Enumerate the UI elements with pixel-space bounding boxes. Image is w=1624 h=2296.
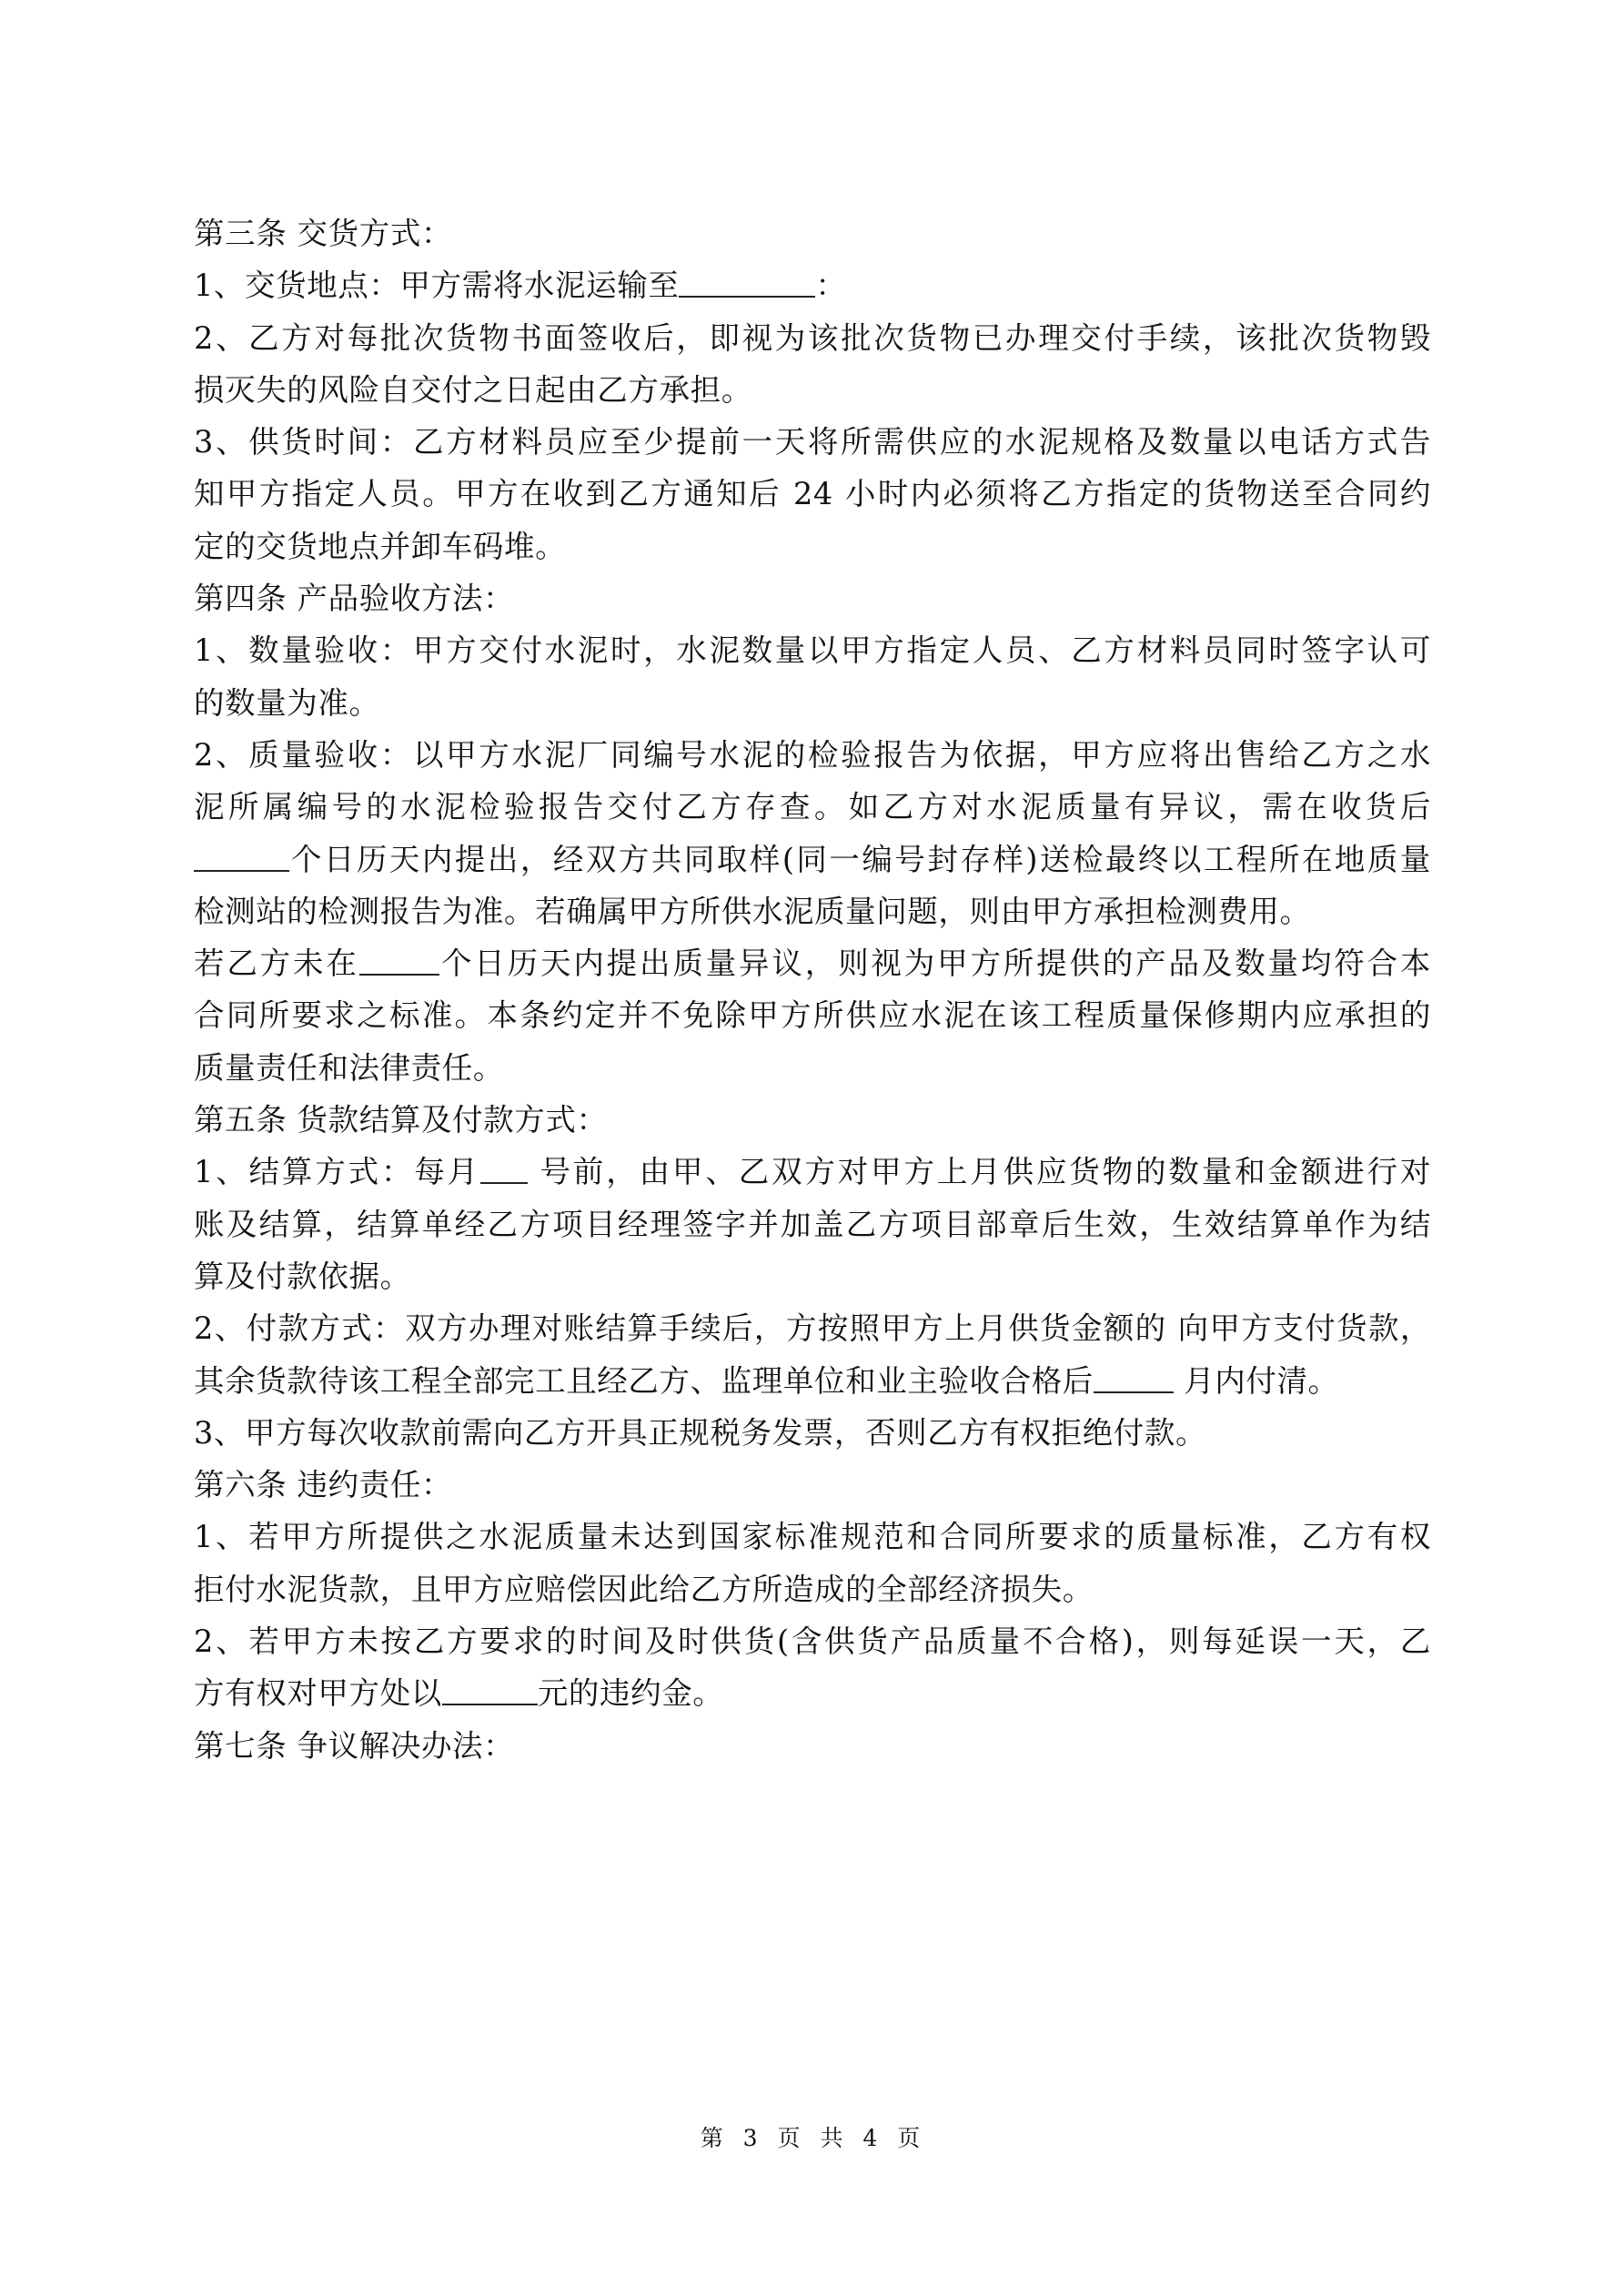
paragraph-line: 损灭失的风险自交付之日起由乙方承担。 [194, 364, 1431, 416]
paragraph-line: 泥所属编号的水泥检验报告交付乙方存查。如乙方对水泥质量有异议，需在收货后 [194, 781, 1431, 833]
paragraph-line: 检测站的检测报告为准。若确属甲方所供水泥质量问题，则由甲方承担检测费用。 [194, 885, 1431, 937]
fill-in-blank[interactable] [1094, 1364, 1174, 1393]
paragraph-line: 其余货款待该工程全部完工且经乙方、监理单位和业主验收合格后 月内付清。 [194, 1355, 1431, 1407]
fill-in-blank[interactable] [194, 843, 289, 872]
paragraph-line: 合同所要求之标准。本条约定并不免除甲方所供应水泥在该工程质量保修期内应承担的 [194, 989, 1431, 1041]
fill-in-blank[interactable] [359, 946, 439, 976]
section-heading: 第六条 违约责任： [194, 1459, 1431, 1511]
paragraph-line: 方有权对甲方处以元的违约金。 [194, 1667, 1431, 1719]
paragraph-line: 拒付水泥货款，且甲方应赔偿因此给乙方所造成的全部经济损失。 [194, 1563, 1431, 1615]
paragraph-line: 3、甲方每次收款前需向乙方开具正规税务发票，否则乙方有权拒绝付款。 [194, 1407, 1431, 1459]
paragraph-line: 1、结算方式：每月 号前，由甲、乙双方对甲方上月供应货物的数量和金额进行对 [194, 1146, 1431, 1198]
paragraph-line: 3、供货时间：乙方材料员应至少提前一天将所需供应的水泥规格及数量以电话方式告 [194, 416, 1431, 468]
line-text-before-blank: 若乙方未在 [194, 946, 359, 981]
fill-in-blank[interactable] [480, 1155, 528, 1184]
paragraph-line: 知甲方指定人员。甲方在收到乙方通知后 24 小时内必须将乙方指定的货物送至合同约 [194, 468, 1431, 520]
paragraph-line: 1、交货地点：甲方需将水泥运输至： [194, 259, 1431, 311]
paragraph-line: 的数量为准。 [194, 677, 1431, 729]
line-text-after-blank: 号前，由甲、乙双方对甲方上月供应货物的数量和金额进行对 [528, 1154, 1431, 1189]
line-text-after-blank: 月内付清。 [1174, 1363, 1339, 1399]
line-text-after-blank: 元的违约金。 [538, 1675, 724, 1711]
paragraph-line: 个日历天内提出，经双方共同取样(同一编号封存样)送检最终以工程所在地质量 [194, 834, 1431, 885]
line-text-before-blank: 方有权对甲方处以 [194, 1675, 442, 1711]
paragraph-line: 账及结算，结算单经乙方项目经理签字并加盖乙方项目部章后生效，生效结算单作为结 [194, 1199, 1431, 1250]
paragraph-line: 2、质量验收：以甲方水泥厂同编号水泥的检验报告为依据，甲方应将出售给乙方之水 [194, 729, 1431, 781]
line-text-before-blank: 1、交货地点：甲方需将水泥运输至 [194, 268, 679, 303]
paragraph-line: 算及付款依据。 [194, 1250, 1431, 1302]
paragraph-line: 2、若甲方未按乙方要求的时间及时供货(含供货产品质量不合格)，则每延误一天，乙 [194, 1615, 1431, 1667]
page-footer: 第 3 页 共 4 页 [0, 2120, 1624, 2153]
paragraph-line: 定的交货地点并卸车码堆。 [194, 521, 1431, 572]
line-text-before-blank: 1、结算方式：每月 [194, 1154, 480, 1189]
document-body: 第三条 交货方式：1、交货地点：甲方需将水泥运输至：2、乙方对每批次货物书面签收… [194, 207, 1431, 1772]
line-text-after-blank: ： [815, 268, 846, 303]
line-text-after-blank: 个日历天内提出，经双方共同取样(同一编号封存样)送检最终以工程所在地质量 [289, 842, 1431, 877]
line-text-before-blank: 其余货款待该工程全部完工且经乙方、监理单位和业主验收合格后 [194, 1363, 1094, 1399]
paragraph-line: 2、付款方式：双方办理对账结算手续后，方按照甲方上月供货金额的 向甲方支付货款， [194, 1302, 1431, 1354]
section-heading: 第七条 争议解决办法： [194, 1720, 1431, 1772]
fill-in-blank[interactable] [679, 268, 815, 298]
paragraph-line: 2、乙方对每批次货物书面签收后，即视为该批次货物已办理交付手续，该批次货物毁 [194, 312, 1431, 364]
paragraph-line: 1、数量验收：甲方交付水泥时，水泥数量以甲方指定人员、乙方材料员同时签字认可 [194, 624, 1431, 676]
section-heading: 第五条 货款结算及付款方式： [194, 1094, 1431, 1146]
line-text-after-blank: 个日历天内提出质量异议，则视为甲方所提供的产品及数量均符合本 [439, 946, 1431, 981]
paragraph-line: 若乙方未在个日历天内提出质量异议，则视为甲方所提供的产品及数量均符合本 [194, 937, 1431, 989]
paragraph-line: 质量责任和法律责任。 [194, 1042, 1431, 1094]
section-heading: 第四条 产品验收方法： [194, 572, 1431, 624]
fill-in-blank[interactable] [442, 1676, 538, 1705]
paragraph-line: 1、若甲方所提供之水泥质量未达到国家标准规范和合同所要求的质量标准，乙方有权 [194, 1511, 1431, 1563]
section-heading: 第三条 交货方式： [194, 207, 1431, 259]
